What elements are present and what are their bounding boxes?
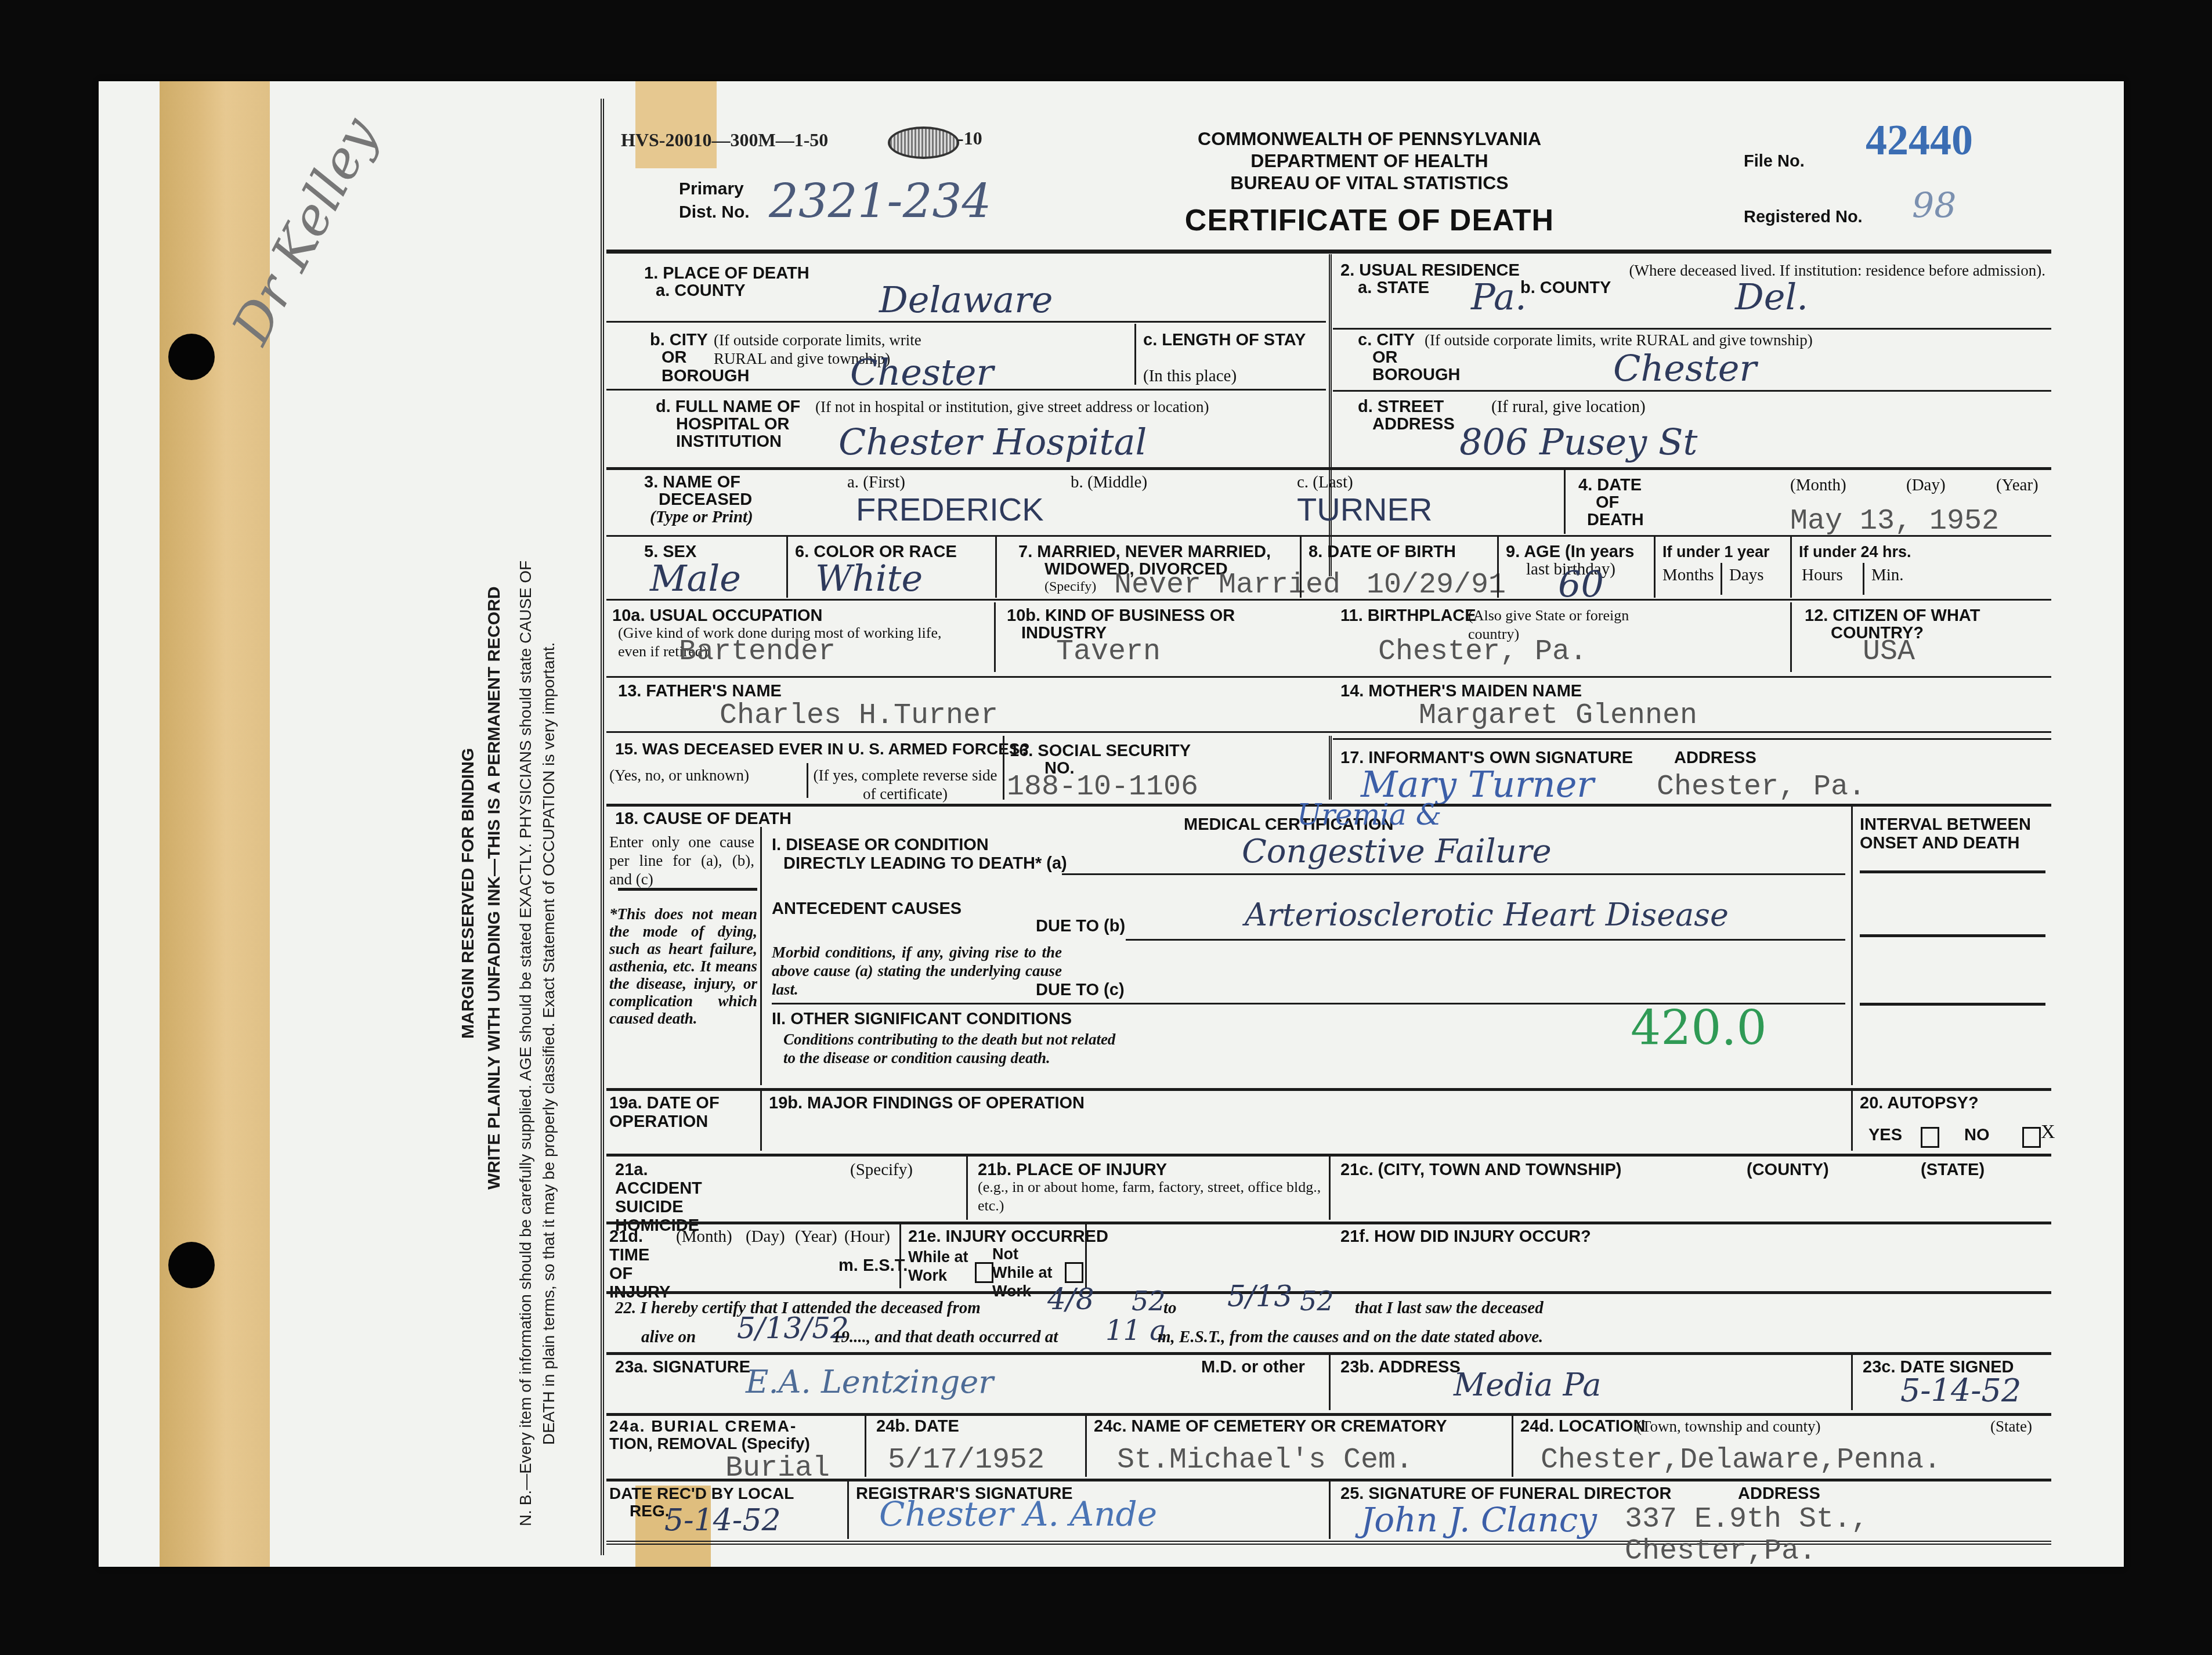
borough-label: BOROUGH	[1372, 366, 1460, 384]
death-city-value: Chester	[850, 351, 993, 393]
received-reg-label: REG.	[630, 1502, 669, 1520]
operation-date-label: 19a. DATE OF OPERATION	[609, 1094, 757, 1131]
armed-forces-note-2: (If yes, complete reverse side of certif…	[812, 766, 998, 803]
divider	[760, 1090, 762, 1151]
business-label: 10b. KIND OF BUSINESS OR	[1007, 606, 1235, 625]
citizen-value: USA	[1863, 635, 1915, 668]
autopsy-no-label: NO	[1964, 1126, 1990, 1144]
injury-state-label: (STATE)	[1921, 1161, 1985, 1179]
union-label-suffix: -10	[957, 128, 982, 149]
divider	[1300, 537, 1302, 598]
divider	[847, 1481, 849, 1539]
received-value: 5-14-52	[664, 1503, 781, 1538]
birthplace-value: Chester, Pa.	[1378, 635, 1587, 668]
dist-no-label: Dist. No.	[679, 203, 750, 222]
autopsy-yes-label: YES	[1868, 1126, 1902, 1144]
residence-state-value: Pa.	[1471, 276, 1527, 318]
operation-findings-label: 19b. MAJOR FINDINGS OF OPERATION	[769, 1094, 1085, 1112]
divider	[1329, 736, 1332, 800]
marital-label: 7. MARRIED, NEVER MARRIED,	[1018, 543, 1271, 561]
divider	[1329, 1481, 1331, 1539]
divider	[1329, 1355, 1331, 1410]
age-label: 9. AGE (In years	[1506, 543, 1634, 561]
institution-note: (If not in hospital or institution, give…	[815, 398, 1314, 416]
street-note: (If rural, give location)	[1491, 398, 1646, 416]
header-center: COMMONWEALTH OF PENNSYLVANIA DEPARTMENT …	[1079, 128, 1660, 238]
est-label: m. E.S.T.	[838, 1256, 908, 1275]
divider	[1863, 563, 1864, 595]
institution-label-3: INSTITUTION	[676, 432, 782, 451]
death-city-label: b. CITY	[650, 331, 708, 349]
rule	[606, 389, 1326, 391]
attended-from-value: 4/8	[1047, 1282, 1094, 1316]
funeral-director-address-1: 337 E.9th St.,	[1625, 1503, 1868, 1536]
cause-footnote: *This does not mean the mode of dying, s…	[609, 905, 757, 1027]
citizen-label: 12. CITIZEN OF WHAT	[1805, 606, 1980, 625]
last-seen-value: 5/13/52	[737, 1311, 849, 1345]
disease-label-2: DIRECTLY LEADING TO DEATH* (a)	[783, 854, 1067, 873]
antecedent-label: ANTECEDENT CAUSES	[772, 899, 962, 918]
rule	[1333, 738, 2051, 740]
type-or-print-label: (Type or Print)	[650, 508, 753, 526]
burial-location-label: 24d. LOCATION	[1520, 1417, 1645, 1436]
margin-rule	[601, 99, 604, 1555]
day-label: (Day)	[746, 1227, 785, 1246]
death-time-suffix: m, E.S.T., from the causes and on the da…	[1158, 1328, 1543, 1346]
or-label: OR	[662, 348, 687, 367]
injury-place-label: 21b. PLACE OF INJURY	[978, 1161, 1326, 1179]
primary-dist-value: 2321-234	[769, 174, 991, 228]
page-title: CERTIFICATE OF DEATH	[1079, 203, 1660, 238]
divider	[1003, 736, 1004, 800]
divider	[760, 827, 762, 1085]
rule	[606, 1541, 2051, 1545]
divider	[786, 537, 788, 598]
header-rule	[606, 250, 2051, 254]
while-at-work-label: While at Work	[908, 1248, 972, 1285]
year-label: (Year)	[1996, 476, 2038, 494]
institution-label-2: HOSPITAL OR	[676, 415, 790, 433]
cause-code: 420.0	[1631, 1001, 1767, 1056]
cause-b-value: Arteriosclerotic Heart Disease	[1245, 897, 1729, 933]
antecedent-note: Morbid conditions, if any, giving rise t…	[772, 943, 1062, 999]
marital-value: Never Married	[1114, 569, 1340, 602]
hour-label: (Hour)	[844, 1227, 890, 1246]
header-line-1: COMMONWEALTH OF PENNSYLVANIA	[1079, 128, 1660, 150]
death-county-value: Delaware	[879, 279, 1053, 321]
burial-location-note: (Town, township and county)	[1636, 1417, 1821, 1436]
injury-place-note: (e.g., in or about home, farm, factory, …	[978, 1178, 1326, 1215]
burial-type-label-2: TION, REMOVAL (Specify)	[609, 1434, 810, 1453]
institution-label: d. FULL NAME OF	[656, 398, 800, 416]
divider	[995, 537, 997, 598]
rule	[606, 1088, 2051, 1091]
cause-a-value: Congestive Failure	[1242, 833, 1552, 870]
last-name-value: TURNER	[1297, 490, 1432, 528]
year-label: (Year)	[795, 1227, 837, 1246]
length-of-stay-label: c. LENGTH OF STAY	[1143, 331, 1317, 349]
due-to-c-label: DUE TO (c)	[1036, 981, 1125, 999]
borough-label: BOROUGH	[662, 367, 749, 385]
not-while-at-work-checkbox[interactable]	[1065, 1262, 1083, 1283]
disease-label: I. DISEASE OR CONDITION	[772, 836, 989, 854]
father-value: Charles H.Turner	[720, 699, 998, 732]
burial-location-value: Chester,Delaware,Penna.	[1541, 1444, 1941, 1477]
other-conditions-label: II. OTHER SIGNIFICANT CONDITIONS	[772, 1010, 1072, 1028]
business-value: Tavern	[1056, 635, 1161, 668]
occupation-value: Bartender	[679, 635, 836, 668]
burial-state-label: (State)	[1990, 1417, 2032, 1436]
certify-text-2: that I last saw the deceased	[1355, 1299, 1544, 1317]
months-label: Months	[1662, 566, 1714, 584]
divider	[1851, 1090, 1853, 1151]
cemetery-value: St.Michael's Cem.	[1117, 1444, 1413, 1477]
rule	[606, 535, 2051, 537]
ssn-value: 188-10-1106	[1007, 771, 1198, 804]
rule	[1333, 390, 2051, 392]
place-of-death-label: 1. PLACE OF DEATH	[644, 264, 809, 283]
autopsy-no-checkbox[interactable]	[2022, 1127, 2041, 1148]
dod-label: 4. DATE	[1578, 476, 1642, 494]
registered-no-label: Registered No.	[1744, 208, 1863, 226]
funeral-director-address-label: ADDRESS	[1738, 1484, 1820, 1503]
attended-from-year: 52	[1132, 1285, 1166, 1317]
first-name-value: FREDERICK	[856, 490, 1044, 528]
name-label: 3. NAME OF	[644, 473, 740, 492]
dob-label: 8. DATE OF BIRTH	[1309, 543, 1456, 561]
form-number: HVS-20010—300M—1-50	[621, 129, 828, 151]
rule	[1860, 1003, 2045, 1006]
sex-value: Male	[650, 557, 741, 599]
alive-on-label: alive on	[641, 1328, 696, 1346]
divider	[1790, 602, 1792, 672]
while-at-work-checkbox[interactable]	[975, 1262, 993, 1283]
union-label-icon	[888, 127, 959, 159]
mother-value: Margaret Glennen	[1419, 699, 1697, 732]
divider	[1329, 1156, 1331, 1220]
under-year-label: If under 1 year	[1662, 543, 1770, 561]
margin-nb-line1: N. B.—Every item of information should b…	[516, 561, 535, 1526]
injury-county-label: (COUNTY)	[1747, 1161, 1829, 1179]
rule	[1860, 934, 2045, 937]
rule	[606, 321, 1326, 323]
divider	[1790, 537, 1792, 598]
interval-label: INTERVAL BETWEEN ONSET AND DEATH	[1860, 815, 2045, 852]
divider	[1564, 470, 1566, 534]
residence-county-label: b. COUNTY	[1520, 279, 1611, 297]
ssn-label: 16. SOCIAL SECURITY	[1010, 742, 1191, 760]
birthplace-label: 11. BIRTHPLACE	[1340, 606, 1476, 625]
or-label: OR	[1372, 348, 1398, 367]
day-label: (Day)	[1906, 476, 1946, 494]
divider	[1497, 537, 1499, 598]
autopsy-label: 20. AUTOPSY?	[1860, 1094, 1979, 1112]
rule	[606, 599, 2051, 601]
physician-address-label: 23b. ADDRESS	[1340, 1358, 1461, 1376]
divider	[994, 602, 996, 672]
divider	[865, 1416, 866, 1477]
date-signed-value: 5-14-52	[1900, 1372, 2021, 1409]
dod-death-label: DEATH	[1587, 511, 1644, 529]
county-label: a. COUNTY	[656, 281, 746, 300]
rule	[606, 467, 2051, 470]
divider	[899, 1224, 901, 1288]
month-label: (Month)	[1790, 476, 1846, 494]
rule	[1333, 328, 2051, 330]
physician-signature: E.A. Lentzinger	[746, 1364, 993, 1400]
primary-dist-label: Primary	[679, 180, 744, 198]
mother-label: 14. MOTHER'S MAIDEN NAME	[1340, 682, 1582, 700]
middle-name-label: b. (Middle)	[1071, 473, 1147, 492]
registered-no-value: 98	[1912, 186, 1956, 226]
divider	[966, 1156, 968, 1220]
injury-how-label: 21f. HOW DID INJURY OCCUR?	[1340, 1227, 1591, 1246]
hours-label: Hours	[1802, 566, 1843, 584]
certificate-form: HVS-20010—300M—1-50 -10 Primary Dist. No…	[606, 104, 2051, 1532]
date-of-birth-value: 10/29/91	[1367, 569, 1506, 602]
death-occurred-label: 19...., and that death occurred at	[833, 1328, 1058, 1346]
length-of-stay-note: (In this place)	[1143, 367, 1317, 385]
received-label: DATE REC'D BY LOCAL	[609, 1484, 794, 1503]
injury-city-label: 21c. (CITY, TOWN AND TOWNSHIP)	[1340, 1161, 1621, 1179]
institution-value: Chester Hospital	[838, 421, 1147, 463]
father-label: 13. FATHER'S NAME	[618, 682, 782, 700]
divider	[1654, 537, 1656, 598]
month-label: (Month)	[676, 1227, 732, 1246]
divider	[1134, 324, 1136, 385]
specify-label: (Specify)	[1044, 577, 1096, 596]
file-no-value: 42440	[1866, 116, 1973, 165]
divider	[1085, 1416, 1087, 1477]
burial-date-label: 24b. DATE	[876, 1417, 959, 1436]
days-label: Days	[1729, 566, 1764, 584]
margin-nb-line2: DEATH in plain terms, so that it may be …	[540, 642, 558, 1445]
autopsy-yes-checkbox[interactable]	[1921, 1127, 1939, 1148]
injury-occurred-label: 21e. INJURY OCCURRED	[908, 1227, 1108, 1246]
funeral-director-signature: John J. Clancy	[1361, 1500, 1597, 1540]
rule	[1126, 939, 1845, 941]
last-name-label: c. (Last)	[1297, 473, 1353, 492]
injury-time-label: 21d. TIME OF INJURY	[609, 1227, 673, 1302]
punch-hole-icon	[168, 334, 215, 380]
rule	[606, 1413, 2051, 1416]
cause-a-inserted: Uremia &	[1297, 798, 1441, 832]
rule	[606, 676, 2051, 678]
date-of-death-value: May 13, 1952	[1790, 505, 1999, 538]
divider	[1851, 807, 1853, 1085]
other-conditions-note: Conditions contributing to the death but…	[783, 1030, 1132, 1067]
rule	[1860, 870, 2045, 873]
rule	[1062, 873, 1845, 875]
burial-date-value: 5/17/1952	[888, 1444, 1044, 1477]
burial-type-label: 24a. BURIAL CREMA-	[609, 1417, 797, 1436]
physician-address-value: Media Pa	[1454, 1367, 1602, 1403]
first-name-label: a. (First)	[847, 473, 905, 492]
attended-to-value: 5/13	[1227, 1280, 1292, 1313]
margin-ink-text: WRITE PLAINLY WITH UNFADING INK—THIS IS …	[485, 587, 504, 1190]
residence-city-label: c. CITY	[1358, 331, 1415, 349]
address-label: ADDRESS	[1372, 415, 1455, 433]
margin-binding-text: MARGIN RESERVED FOR BINDING	[458, 748, 478, 1039]
street-label: d. STREET	[1358, 398, 1444, 416]
rule	[606, 731, 2051, 733]
rule	[606, 1222, 2051, 1224]
deceased-label: DECEASED	[659, 490, 752, 509]
attended-to-year: 52	[1300, 1285, 1334, 1317]
divider	[1851, 1355, 1853, 1410]
md-label: M.D. or other	[1201, 1358, 1305, 1376]
registrar-signature: Chester A. Ande	[879, 1494, 1157, 1534]
residence-street-value: 806 Pusey St	[1459, 421, 1697, 463]
state-label: a. STATE	[1358, 279, 1429, 297]
under-24-label: If under 24 hrs.	[1799, 543, 1911, 561]
physician-signature-label: 23a. SIGNATURE	[615, 1358, 750, 1376]
cemetery-label: 24c. NAME OF CEMETERY OR CREMATORY	[1094, 1417, 1447, 1436]
divider	[807, 763, 808, 798]
occupation-label: 10a. USUAL OCCUPATION	[612, 606, 823, 625]
autopsy-no-mark: X	[2041, 1123, 2055, 1141]
divider	[1512, 1416, 1513, 1477]
header-line-3: BUREAU OF VITAL STATISTICS	[1079, 172, 1660, 194]
punch-hole-icon	[168, 1242, 215, 1288]
cause-instruction: Enter only one cause per line for (a), (…	[609, 833, 754, 888]
armed-forces-note: (Yes, no, or unknown)	[609, 766, 749, 785]
divider	[1721, 563, 1722, 595]
divider	[1085, 1224, 1087, 1288]
file-no-label: File No.	[1744, 152, 1805, 171]
residence-city-value: Chester	[1613, 347, 1756, 389]
informant-address-label: ADDRESS	[1674, 749, 1756, 767]
min-label: Min.	[1871, 566, 1904, 584]
due-to-b-label: DUE TO (b)	[1036, 917, 1125, 935]
dod-of-label: OF	[1596, 493, 1619, 512]
specify-label: (Specify)	[850, 1161, 913, 1179]
armed-forces-label: 15. WAS DECEASED EVER IN U. S. ARMED FOR…	[615, 740, 1030, 758]
race-value: White	[815, 557, 923, 599]
funeral-director-address-2: Chester,Pa.	[1625, 1535, 1816, 1568]
informant-address-value: Chester, Pa.	[1657, 771, 1866, 804]
residence-county-value: Del.	[1735, 276, 1808, 318]
rule	[618, 888, 757, 891]
header-line-2: DEPARTMENT OF HEALTH	[1079, 150, 1660, 172]
cause-of-death-label: 18. CAUSE OF DEATH	[615, 810, 791, 828]
